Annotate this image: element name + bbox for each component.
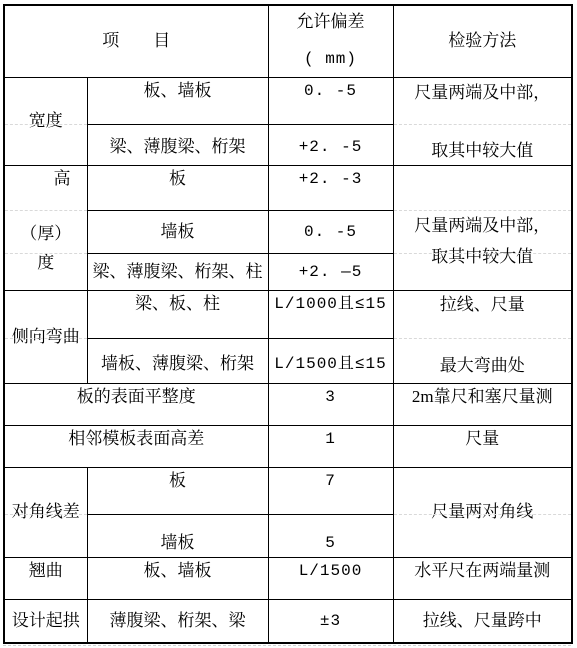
item-label: 薄腹梁、桁架、梁: [110, 611, 246, 630]
method-label: 水平尺在两端量测: [414, 561, 550, 580]
item-cell: 梁、薄腹梁、桁架: [87, 124, 268, 165]
category-cell-lateral-bend: 侧向弯曲: [4, 290, 87, 383]
item-label: 相邻模板表面高差: [68, 429, 204, 448]
method-line: 尺量两端及中部，: [394, 83, 572, 103]
method-label: 拉线、尺量跨中: [423, 611, 542, 630]
item-cell: 墙板、薄腹梁、桁架: [87, 338, 268, 383]
category-label: 设计起拱: [12, 611, 80, 630]
category-cell-thickness: 高 （厚） 度: [4, 165, 87, 290]
item-cell: 墙板: [87, 210, 268, 253]
category-cell-warp: 翘曲: [4, 557, 87, 599]
item-cell: 板、墙板: [87, 77, 268, 124]
method-label: 尺量: [465, 429, 499, 448]
method-line: 尺量两端及中部，: [394, 216, 572, 236]
deviation-cell: +2. -3: [268, 165, 393, 210]
method-label: 尺量两对角线: [431, 502, 533, 521]
deviation-table: 项 目 允许偏差 ( mm) 检验方法 宽度 板、墙板: [3, 4, 573, 644]
deviation-cell: L/1000且≤15: [268, 290, 393, 338]
page-bottom-gridline: [3, 645, 571, 646]
method-cell-diagonal-diff: 尺量两对角线: [393, 467, 572, 557]
method-cell: 尺量: [393, 425, 572, 467]
item-cell-adjacent-height-diff: 相邻模板表面高差: [4, 425, 268, 467]
deviation-cell: L/1500且≤15: [268, 338, 393, 383]
deviation-value: 0. -5: [304, 223, 357, 241]
table-row: 高 （厚） 度 板 +2. -3 尺量两端及中部， 取其中较大值: [4, 165, 572, 210]
header-deviation-cell: 允许偏差 ( mm): [268, 5, 393, 77]
deviation-cell: 3: [268, 383, 393, 425]
table-row: 设计起拱 薄腹梁、桁架、梁 ±3 拉线、尺量跨中: [4, 599, 572, 643]
table-row: 宽度 板、墙板 0. -5 尺量两端及中部， 取其中较大值: [4, 77, 572, 124]
deviation-value: L/1500且≤15: [274, 355, 386, 373]
deviation-cell: +2. —5: [268, 253, 393, 290]
item-label: 墙板: [161, 533, 195, 552]
category-cell-width: 宽度: [4, 77, 87, 165]
method-label: 2m靠尺和塞尺量测: [412, 387, 553, 406]
deviation-value: 1: [325, 430, 336, 448]
category-label: 侧向弯曲: [12, 327, 80, 346]
category-label: 高: [5, 169, 87, 189]
method-cell: 水平尺在两端量测: [393, 557, 572, 599]
item-cell: 梁、板、柱: [87, 290, 268, 338]
item-label: 墙板、薄腹梁、桁架: [101, 354, 254, 373]
ghost-gridline: [5, 253, 87, 254]
deviation-value: 0. -5: [304, 82, 357, 100]
deviation-value: ±3: [320, 612, 341, 630]
deviation-value: L/1500: [299, 562, 363, 580]
table-header-row: 项 目 允许偏差 ( mm) 检验方法: [4, 5, 572, 77]
item-label: 墙板: [161, 222, 195, 241]
item-label: 梁、薄腹梁、桁架、柱: [93, 262, 263, 281]
category-label: 对角线差: [12, 502, 80, 521]
item-label: 梁、板、柱: [135, 294, 220, 313]
ghost-gridline: [5, 514, 87, 515]
table-row: 对角线差 板 7 尺量两对角线: [4, 467, 572, 514]
deviation-value: 5: [325, 534, 336, 552]
table-row: 板的表面平整度 3 2m靠尺和塞尺量测: [4, 383, 572, 425]
method-cell-width: 尺量两端及中部， 取其中较大值: [393, 77, 572, 165]
header-item-label: 项 目: [102, 31, 170, 50]
table-row: 翘曲 板、墙板 L/1500 水平尺在两端量测: [4, 557, 572, 599]
item-label: 板、墙板: [144, 561, 212, 580]
category-label: 度: [5, 253, 87, 273]
deviation-cell: 0. -5: [268, 77, 393, 124]
document-page: 项 目 允许偏差 ( mm) 检验方法 宽度 板、墙板: [0, 0, 577, 648]
header-method-label: 检验方法: [448, 31, 516, 50]
item-cell: 板、墙板: [87, 557, 268, 599]
ghost-gridline: [394, 253, 572, 254]
table-row: 侧向弯曲 梁、板、柱 L/1000且≤15 拉线、尺量 最大弯曲处: [4, 290, 572, 338]
method-line: 取其中较大值: [394, 247, 572, 267]
method-line: 最大弯曲处: [394, 356, 572, 376]
item-label: 板的表面平整度: [77, 387, 196, 406]
deviation-cell: 0. -5: [268, 210, 393, 253]
item-cell: 薄腹梁、桁架、梁: [87, 599, 268, 643]
ghost-gridline: [5, 338, 87, 339]
item-cell: 板: [87, 165, 268, 210]
deviation-value: 7: [325, 472, 336, 490]
ghost-gridline: [394, 124, 572, 125]
item-label: 板: [169, 169, 186, 188]
ghost-gridline: [394, 514, 572, 515]
item-label: 梁、薄腹梁、桁架: [110, 137, 246, 156]
item-cell: 板: [87, 467, 268, 514]
deviation-cell: 7: [268, 467, 393, 514]
item-label: 板: [169, 471, 186, 490]
header-item-cell: 项 目: [4, 5, 268, 77]
deviation-value: +2. -5: [299, 138, 363, 156]
deviation-value: 3: [325, 388, 336, 406]
deviation-cell: 5: [268, 514, 393, 557]
ghost-gridline: [5, 124, 87, 125]
category-label: 宽度: [29, 111, 63, 130]
header-method-cell: 检验方法: [393, 5, 572, 77]
header-deviation-unit: ( mm): [269, 49, 393, 69]
category-cell-design-camber: 设计起拱: [4, 599, 87, 643]
item-label: 板、墙板: [144, 81, 212, 100]
deviation-cell: 1: [268, 425, 393, 467]
header-deviation-label: 允许偏差: [269, 12, 393, 32]
item-cell: 梁、薄腹梁、桁架、柱: [87, 253, 268, 290]
method-cell-thickness: 尺量两端及中部， 取其中较大值: [393, 165, 572, 290]
method-cell: 拉线、尺量跨中: [393, 599, 572, 643]
deviation-value: +2. —5: [299, 263, 363, 281]
category-label: （厚）: [5, 224, 87, 244]
item-cell-surface-flatness: 板的表面平整度: [4, 383, 268, 425]
table-row: 相邻模板表面高差 1 尺量: [4, 425, 572, 467]
deviation-value: L/1000且≤15: [274, 295, 386, 313]
ghost-gridline: [394, 210, 572, 211]
category-label: 翘曲: [29, 561, 63, 580]
deviation-cell: L/1500: [268, 557, 393, 599]
deviation-value: +2. -3: [299, 170, 363, 188]
category-cell-diagonal-diff: 对角线差: [4, 467, 87, 557]
deviation-cell: ±3: [268, 599, 393, 643]
ghost-gridline: [5, 210, 87, 211]
method-cell-lateral-bend: 拉线、尺量 最大弯曲处: [393, 290, 572, 383]
deviation-cell: +2. -5: [268, 124, 393, 165]
method-line: 取其中较大值: [394, 141, 572, 161]
item-cell: 墙板: [87, 514, 268, 557]
ghost-gridline: [394, 338, 572, 339]
method-line: 拉线、尺量: [394, 295, 572, 315]
method-cell: 2m靠尺和塞尺量测: [393, 383, 572, 425]
